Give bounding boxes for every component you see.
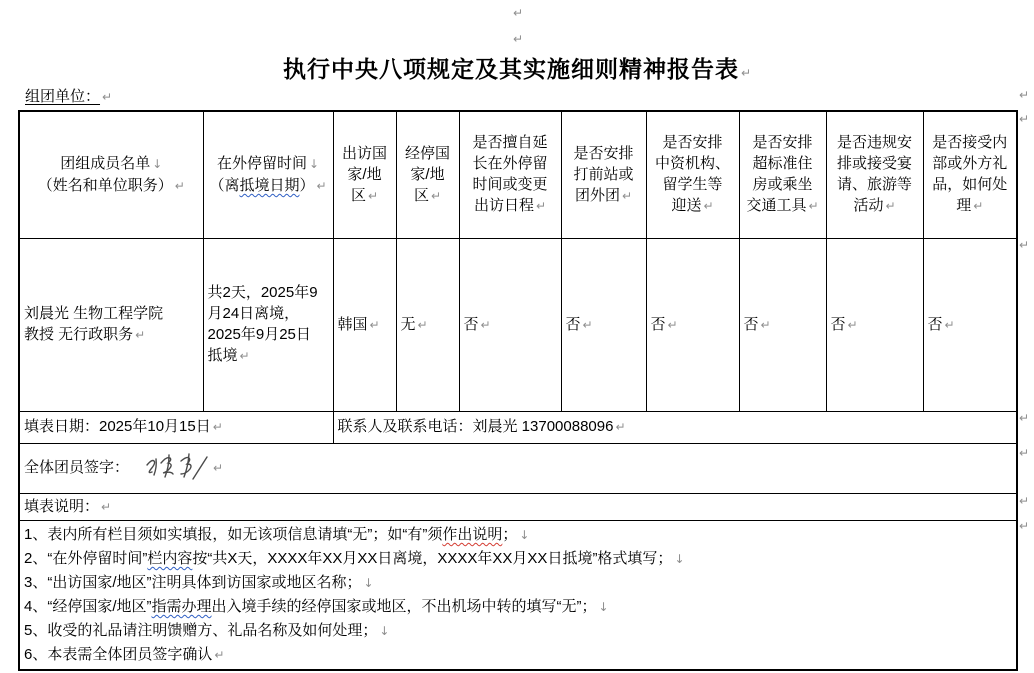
header-stay-time-line2-pre: （离 <box>209 177 239 194</box>
cell-contact: 联系人及联系电话：刘晨光 13700088096↵ <box>333 411 1017 443</box>
header-visit-country-text: 出访国 家/地 区 <box>342 145 387 204</box>
paragraph-mark-icon: ↵ <box>943 318 955 332</box>
paragraph-mark-icon: ↵ <box>511 6 523 20</box>
paragraph-mark-icon: ↵ <box>971 199 983 213</box>
note-5: 5、收受的礼品请注明馈赠方、礼品名称及如何处理；↓ <box>24 619 1012 643</box>
paragraph-mark-icon: ↵ <box>416 318 428 332</box>
cell-advance-team: 否↵ <box>561 238 646 411</box>
header-gifts: 是否接受内 部或外方礼 品，如何处 理↵ <box>923 111 1017 238</box>
header-row: 团组成员名单↓ （姓名和单位职务）↵ 在外停留时间↓ （离抵境日期）↵ 出访国 … <box>19 111 1017 238</box>
paragraph-mark-icon: ↵ <box>100 90 112 104</box>
paragraph-mark-icon: ↵ <box>883 199 895 213</box>
note-6: 6、本表需全体团员签字确认↵ <box>24 643 1012 667</box>
cell-extend-schedule: 否↵ <box>459 238 561 411</box>
paragraph-mark-icon: ↵ <box>99 500 111 514</box>
note-3: 3、“出访国家/地区”注明具体到访国家或地区名称；↓ <box>24 571 1012 595</box>
paragraph-mark-icon: ↵ <box>212 648 224 662</box>
visit-country-value: 韩国 <box>338 316 368 333</box>
header-member-list: 团组成员名单↓ （姓名和单位职务）↵ <box>19 111 203 238</box>
note-4-text: 4、“经停国家/地区” <box>24 598 152 615</box>
header-transit-country-text: 经停国 家/地 区 <box>405 145 450 204</box>
note-2-text: 2、“在外停留时间” <box>24 550 147 567</box>
paragraph-mark-icon: ↵ <box>479 318 491 332</box>
note-4: 4、“经停国家/地区”指需办理出入境手续的经停国家或地区，不出机场中转的填写“无… <box>24 595 1012 619</box>
header-greeting: 是否安排 中资机构、 留学生等 迎送↵ <box>646 111 739 238</box>
header-stay-time-spellcheck: 抵境日期 <box>239 177 299 194</box>
paragraph-mark-icon: ↵ <box>133 328 145 342</box>
paragraph-mark-icon: ↵ <box>429 189 441 203</box>
cell-greeting: 否↵ <box>646 238 739 411</box>
note-1-tail: ； <box>502 526 517 543</box>
header-stay-time-line1: 在外停留时间 <box>217 155 307 172</box>
line-break-mark-icon: ↓ <box>150 157 162 171</box>
header-stay-time-line2-post: ） <box>299 177 314 194</box>
line-break-mark-icon: ↓ <box>362 576 374 590</box>
header-visit-country: 出访国 家/地 区↵ <box>333 111 396 238</box>
note-4-tail: 出入境手续的经停国家或地区，不出机场中转的填写“无”； <box>212 598 597 615</box>
paragraph-mark-icon: ↵ <box>759 318 771 332</box>
header-transit-country: 经停国 家/地 区↵ <box>396 111 459 238</box>
header-extend-schedule: 是否擅自延 长在外停留 时间或变更 出访日程↵ <box>459 111 561 238</box>
paragraph-mark-icon: ↵ <box>806 199 818 213</box>
header-banquet: 是否违规安 排或接受宴 请、旅游等 活动↵ <box>826 111 923 238</box>
line-break-mark-icon: ↓ <box>597 600 609 614</box>
end-of-row-mark: ↵ <box>1019 411 1029 425</box>
empty-paragraph-1: ↵ <box>0 0 1034 26</box>
banquet-value: 否 <box>831 316 846 333</box>
empty-paragraph-2: ↵ <box>0 26 1034 52</box>
cell-banquet: 否↵ <box>826 238 923 411</box>
cell-notes: 1、表内所有栏目须如实填报，如无该项信息请填“无”；如“有”须作出说明；↓ 2、… <box>19 520 1017 670</box>
note-2: 2、“在外停留时间”栏内容按“共X天，XXXX年XX月XX日离境，XXXX年XX… <box>24 547 1012 571</box>
line-break-mark-icon: ↓ <box>672 552 684 566</box>
note-1-text: 1、表内所有栏目须如实填报，如无该项信息请填“无”；如“有”须 <box>24 526 442 543</box>
paragraph-mark-icon: ↵ <box>211 461 223 475</box>
gifts-value: 否 <box>928 316 943 333</box>
signature-row: 全体团员签字：↵ <box>19 443 1017 493</box>
member-data-row: 刘晨光 生物工程学院 教授 无行政职务↵ 共2天，2025年9 月24日离境， … <box>19 238 1017 411</box>
notes-header-row: 填表说明：↵ <box>19 493 1017 520</box>
transit-country-value: 无 <box>401 316 416 333</box>
paragraph-mark-icon: ↵ <box>846 318 858 332</box>
paragraph-mark-icon: ↵ <box>511 32 523 46</box>
cell-signature: 全体团员签字：↵ <box>19 443 1017 493</box>
end-of-row-mark: ↵ <box>1019 494 1029 508</box>
cell-transit-country: 无↵ <box>396 238 459 411</box>
note-6-text: 6、本表需全体团员签字确认 <box>24 646 212 663</box>
note-1: 1、表内所有栏目须如实填报，如无该项信息请填“无”；如“有”须作出说明；↓ <box>24 523 1012 547</box>
paragraph-mark-icon: ↵ <box>238 349 250 363</box>
line-break-mark-icon: ↓ <box>377 624 389 638</box>
header-over-standard-text: 是否安排 超标准住 房或乘坐 交通工具 <box>746 134 812 214</box>
end-of-row-mark: ↵ <box>1019 519 1029 533</box>
org-unit-row: 组团单位：↵ <box>0 86 1034 110</box>
paragraph-mark-icon: ↵ <box>534 199 546 213</box>
note-4-spellcheck: 指需办理 <box>152 598 212 615</box>
end-of-row-mark: ↵ <box>1019 446 1029 460</box>
advance-team-value: 否 <box>566 316 581 333</box>
greeting-value: 否 <box>651 316 666 333</box>
org-unit-label: 组团单位： <box>25 88 100 105</box>
paragraph-mark-icon: ↵ <box>581 318 593 332</box>
paragraph-mark-icon: ↵ <box>211 420 223 434</box>
cell-notes-header: 填表说明：↵ <box>19 493 1017 520</box>
cell-stay-time: 共2天，2025年9 月24日离境， 2025年9月25日 抵境↵ <box>203 238 333 411</box>
note-5-text: 5、收受的礼品请注明馈赠方、礼品名称及如何处理； <box>24 622 377 639</box>
header-greeting-text: 是否安排 中资机构、 留学生等 迎送 <box>655 134 730 214</box>
notes-header-text: 填表说明： <box>24 498 99 515</box>
date-contact-row: 填表日期：2025年10月15日↵ 联系人及联系电话：刘晨光 137000880… <box>19 411 1017 443</box>
paragraph-mark-icon: ↵ <box>666 318 678 332</box>
paragraph-mark-icon: ↵ <box>366 189 378 203</box>
paragraph-mark-icon: ↵ <box>368 318 380 332</box>
paragraph-mark-icon: ↵ <box>620 189 632 203</box>
note-1-spellcheck: 作出说明 <box>442 526 502 543</box>
document-title-row: 执行中央八项规定及其实施细则精神报告表↵ <box>0 52 1034 86</box>
signature-image <box>139 451 211 485</box>
end-of-row-mark: ↵ <box>1019 238 1029 252</box>
notes-row: 1、表内所有栏目须如实填报，如无该项信息请填“无”；如“有”须作出说明；↓ 2、… <box>19 520 1017 670</box>
over-standard-value: 否 <box>744 316 759 333</box>
signature-label: 全体团员签字： <box>24 459 129 476</box>
paragraph-mark-icon: ↵ <box>701 199 713 213</box>
cell-visit-country: 韩国↵ <box>333 238 396 411</box>
note-2-tail: 按“共X天，XXXX年XX月XX日离境，XXXX年XX月XX日抵境”格式填写； <box>192 550 672 567</box>
end-of-row-mark: ↵ <box>1019 112 1029 126</box>
cell-gifts: 否↵ <box>923 238 1017 411</box>
header-member-list-line1: 团组成员名单 <box>60 155 150 172</box>
stay-time-text: 共2天，2025年9 月24日离境， 2025年9月25日 抵境 <box>208 284 318 364</box>
header-member-list-line2: （姓名和单位职务） <box>38 177 173 194</box>
cell-over-standard: 否↵ <box>739 238 826 411</box>
cell-member-name: 刘晨光 生物工程学院 教授 无行政职务↵ <box>19 238 203 411</box>
report-table: 团组成员名单↓ （姓名和单位职务）↵ 在外停留时间↓ （离抵境日期）↵ 出访国 … <box>18 110 1018 671</box>
header-stay-time: 在外停留时间↓ （离抵境日期）↵ <box>203 111 333 238</box>
header-gifts-text: 是否接受内 部或外方礼 品，如何处 理 <box>932 134 1007 214</box>
note-2-spellcheck: 栏内容 <box>147 550 192 567</box>
document-title: 执行中央八项规定及其实施细则精神报告表 <box>283 56 739 82</box>
line-break-mark-icon: ↓ <box>517 528 529 542</box>
cell-fill-date: 填表日期：2025年10月15日↵ <box>19 411 333 443</box>
fill-date-text: 填表日期：2025年10月15日 <box>24 418 211 435</box>
paragraph-mark-icon: ↵ <box>613 420 625 434</box>
header-banquet-text: 是否违规安 排或接受宴 请、旅游等 活动 <box>837 134 912 214</box>
extend-schedule-value: 否 <box>464 316 479 333</box>
line-break-mark-icon: ↓ <box>307 157 319 171</box>
contact-text: 联系人及联系电话：刘晨光 13700088096 <box>338 418 614 435</box>
paragraph-mark-icon: ↵ <box>739 66 751 80</box>
header-over-standard: 是否安排 超标准住 房或乘坐 交通工具↵ <box>739 111 826 238</box>
paragraph-mark-icon: ↵ <box>314 179 326 193</box>
header-advance-team: 是否安排 打前站或 团外团↵ <box>561 111 646 238</box>
note-3-text: 3、“出访国家/地区”注明具体到访国家或地区名称； <box>24 574 362 591</box>
end-of-row-mark: ↵ <box>1019 88 1029 102</box>
paragraph-mark-icon: ↵ <box>173 179 185 193</box>
